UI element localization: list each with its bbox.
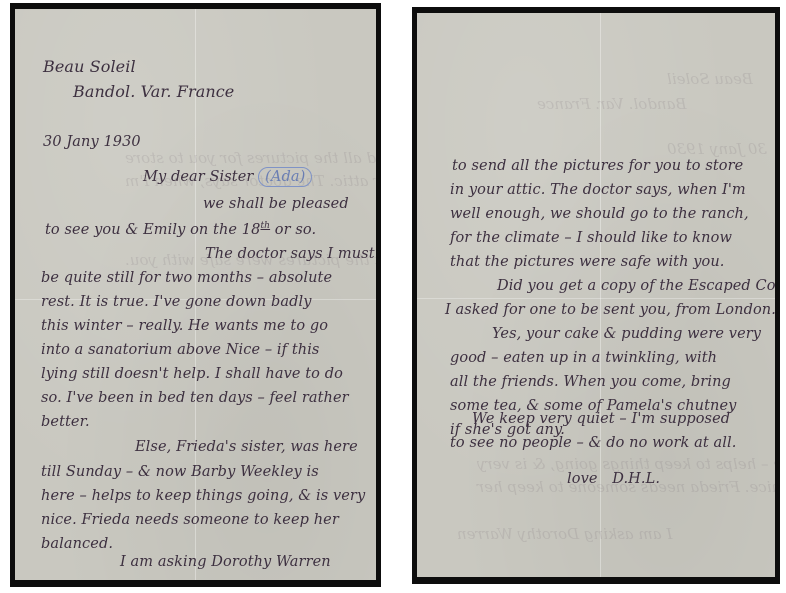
letter-page-2: Beau Soleil Bandol. Var. France 30 Jany … — [417, 13, 775, 577]
letter-line: for the climate – I should like to know — [450, 230, 732, 246]
letter-line-tail: or so. — [270, 222, 316, 238]
signature: D.H.L. — [612, 471, 660, 487]
letter-line: balanced. — [41, 536, 113, 552]
ordinal-suffix: th — [260, 221, 270, 231]
letter-line: Did you get a copy of the Escaped Cock? — [497, 278, 775, 294]
letter-line: this winter – really. He wants me to go — [41, 318, 328, 334]
letter-line: so. I've been in bed ten days – feel rat… — [41, 390, 349, 406]
letter-line: better. — [41, 414, 90, 430]
letter-line: to send all the pictures for you to stor… — [452, 158, 743, 174]
letter-line: all the friends. When you come, bring — [450, 374, 731, 390]
letter-line: to see you & Emily on the 18th or so. — [45, 221, 316, 238]
letter-line: nice. Frieda needs someone to keep her — [41, 512, 339, 528]
letter-line: I am asking Dorothy Warren — [120, 554, 331, 570]
letter-line: rest. It is true. I've gone down badly — [41, 294, 312, 310]
bleed-through-text: Bandol. Var. France — [537, 93, 687, 116]
letter-page-1-frame: to send all the pictures for you to stor… — [10, 3, 381, 587]
letter-page-1: to send all the pictures for you to stor… — [15, 9, 376, 580]
letter-line: We keep very quiet – I'm supposed — [472, 411, 730, 427]
letter-line: we shall be pleased — [203, 196, 349, 212]
letter-line: be quite still for two months – absolute — [41, 270, 332, 286]
bleed-through-text: Beau Soleil — [667, 68, 753, 91]
letter-date: 30 Jany 1930 — [43, 134, 141, 150]
letter-line: well enough, we should go to the ranch, — [450, 206, 749, 222]
fold-crease-horizontal — [417, 298, 775, 299]
letter-line: good – eaten up in a twinkling, with — [450, 350, 717, 366]
letter-line: Else, Frieda's sister, was here — [135, 439, 358, 455]
closing: love D.H.L. — [567, 471, 660, 487]
letter-line-text: to see you & Emily on the 18 — [45, 222, 260, 238]
bleed-through-text: I am asking Dorothy Warren — [457, 523, 672, 546]
letter-line: here – helps to keep things going, & is … — [41, 488, 365, 504]
closing-text: love — [567, 471, 598, 487]
letter-line: into a sanatorium above Nice – if this — [41, 342, 319, 358]
letter-line: I asked for one to be sent you, from Lon… — [445, 302, 775, 318]
salutation-annotation: (Ada) — [258, 167, 312, 187]
letter-line: that the pictures were safe with you. — [450, 254, 725, 270]
letter-line: till Sunday – & now Barby Weekley is — [41, 464, 319, 480]
letter-line: lying still doesn't help. I shall have t… — [41, 366, 343, 382]
letter-page-2-frame: Beau Soleil Bandol. Var. France 30 Jany … — [412, 7, 780, 584]
letter-line: Yes, your cake & pudding were very — [492, 326, 761, 342]
letter-line: in your attic. The doctor says, when I'm — [450, 182, 746, 198]
salutation-text: My dear Sister — [143, 169, 253, 185]
letter-line: to see no people – & do no work at all. — [450, 435, 736, 451]
address-line-1: Beau Soleil — [43, 57, 136, 76]
salutation: My dear Sister (Ada) — [143, 167, 312, 187]
letter-line: The doctor says I must — [205, 246, 375, 262]
address-line-2: Bandol. Var. France — [73, 82, 234, 101]
